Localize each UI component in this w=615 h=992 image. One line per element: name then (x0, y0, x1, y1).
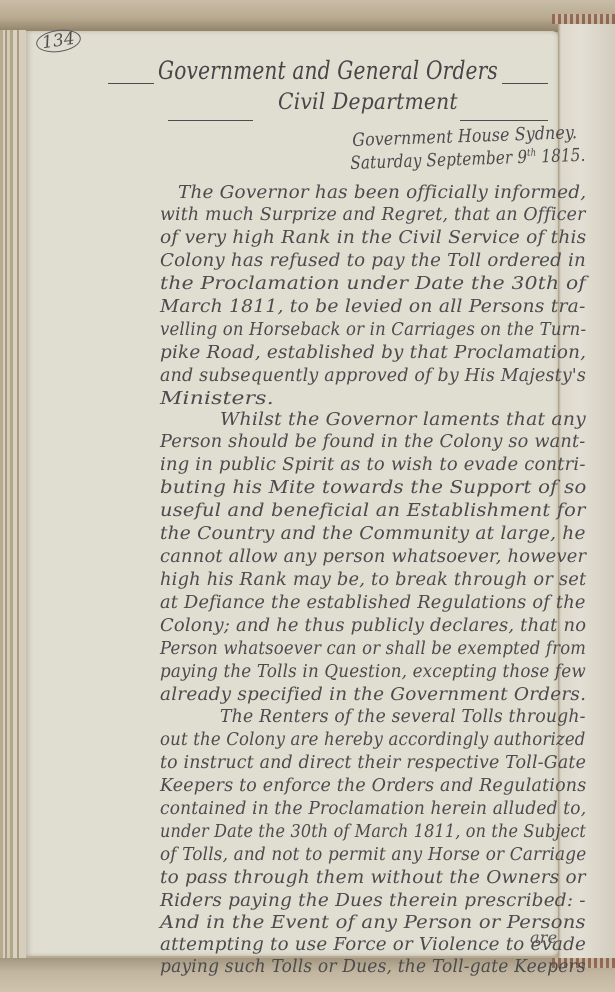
title-rule-right (502, 83, 548, 84)
text-line: ing in public Spirit as to wish to evade… (160, 455, 586, 475)
date-ordinal: th (527, 148, 537, 159)
text-line: useful and beneficial an Establishment f… (160, 501, 586, 521)
text-line: Colony has refused to pay the Toll order… (160, 251, 586, 271)
book-top-edge (0, 0, 615, 32)
subtitle-rule-right (460, 120, 548, 121)
text-line: Person whatsoever can or shall be exempt… (160, 639, 586, 659)
text-line: velling on Horseback or in Carriages on … (160, 320, 586, 340)
text-line: attempting to use Force or Violence to e… (160, 935, 586, 955)
text-line: paying such Tolls or Dues, the Toll-gate… (160, 957, 586, 977)
text-line: under Date the 30th of March 1811, on th… (160, 822, 586, 842)
catchword: are (530, 928, 557, 947)
text-line: contained in the Proclamation herein all… (160, 799, 586, 819)
date-year: 1815. (541, 145, 586, 168)
text-line: Keepers to enforce the Orders and Regula… (160, 776, 586, 796)
text-line: paying the Tolls in Question, excepting … (160, 662, 586, 682)
text-line: pike Road, established by that Proclamat… (160, 343, 586, 363)
text-line: the Country and the Community at large, … (160, 524, 586, 544)
text-line: Ministers. (160, 389, 274, 409)
text-line: and subsequently approved of by His Maje… (160, 366, 586, 386)
binding-thread-top (552, 14, 615, 24)
text-line: with much Surprize and Regret, that an O… (160, 205, 586, 225)
title-rule-left (108, 83, 154, 84)
text-line: to instruct and direct their respective … (160, 753, 586, 773)
text-line: Whilst the Governor laments that any (220, 410, 586, 430)
text-line: Riders paying the Dues therein prescribe… (160, 891, 586, 911)
title-text: Government and General Orders (158, 56, 498, 85)
stacked-page-edges (0, 30, 26, 960)
text-line: the Proclamation under Date the 30th of (160, 274, 586, 294)
text-line: cannot allow any person whatsoever, howe… (160, 547, 586, 567)
text-line: The Renters of the several Tolls through… (220, 707, 586, 727)
text-line: buting his Mite towards the Support of s… (160, 478, 587, 498)
text-line: March 1811, to be levied on all Persons … (160, 297, 586, 317)
text-line: The Governor has been officially informe… (178, 183, 586, 203)
text-line: And in the Event of any Person or Person… (160, 913, 586, 933)
text-line: of very high Rank in the Civil Service o… (160, 228, 586, 248)
text-line: already specified in the Government Orde… (160, 685, 586, 705)
text-line: to pass through them without the Owners … (160, 868, 586, 888)
text-line: out the Colony are hereby accordingly au… (160, 730, 586, 750)
subtitle-rule-left (168, 120, 253, 121)
page-title: Government and General Orders (158, 56, 498, 85)
text-line: Colony; and he thus publicly declares, t… (160, 616, 586, 636)
text-line: high his Rank may be, to break through o… (160, 570, 586, 590)
text-line: of Tolls, and not to permit any Horse or… (160, 845, 586, 865)
text-line: Person should be found in the Colony so … (160, 432, 585, 452)
department-heading: Civil Department (278, 90, 458, 115)
text-line: at Defiance the established Regulations … (160, 593, 586, 613)
